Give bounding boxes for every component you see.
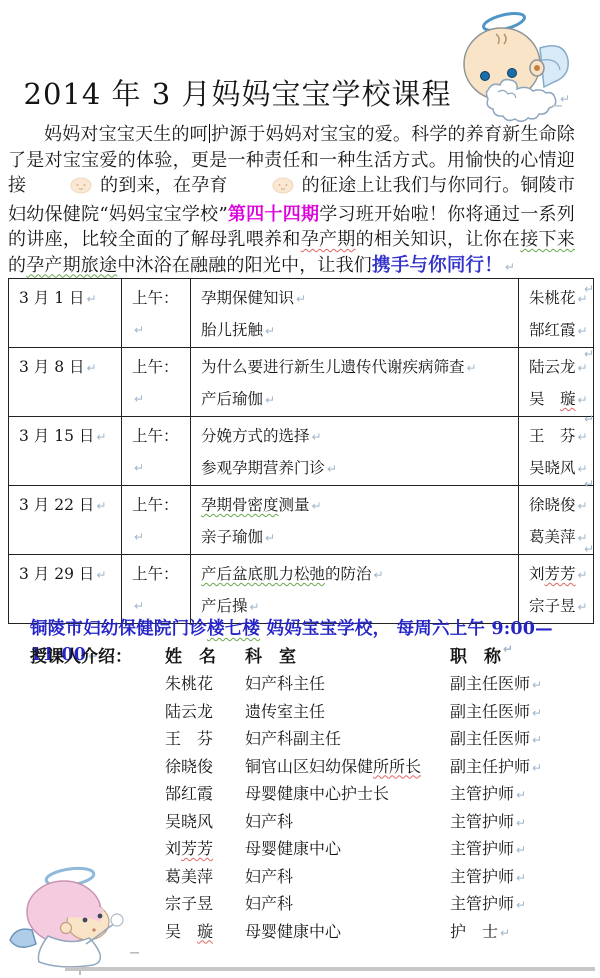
paragraph-mark: ↵ xyxy=(560,92,570,106)
instructor-title: 副主任医师↵ xyxy=(450,670,595,698)
paragraph-mark: ↵ xyxy=(327,462,337,476)
instructors-header: 授课人介绍： 姓 名 科 室 职 称 ↵ xyxy=(30,642,513,667)
instructor-title: 护 士↵ xyxy=(450,918,595,946)
paragraph-mark: ↵ xyxy=(532,761,542,775)
paragraph-mark: ↵ xyxy=(134,599,144,613)
time-cell: 上午：↵ xyxy=(122,486,191,555)
instructor-row: 朱桃花 妇产科主任 副主任医师↵ xyxy=(165,670,595,698)
paragraph-mark: ↵ xyxy=(265,531,275,545)
instructor-name: 陆云龙 xyxy=(165,698,245,726)
instructor-name: 刘芳芳 xyxy=(165,835,245,863)
date-cell: 3 月 22 日↵ xyxy=(9,486,122,555)
instructor-name: 郜红霞 xyxy=(165,780,245,808)
instructor-row: 宗子昱 妇产科 主管护师↵ xyxy=(165,890,595,918)
paragraph-mark: ↵ xyxy=(312,430,322,444)
time-text: 上午： xyxy=(132,565,179,583)
paragraph-mark: ↵ xyxy=(96,430,106,444)
paragraph-mark: ↵ xyxy=(467,361,477,375)
intro-text: 妈妈对宝宝天生的呵 xyxy=(44,124,208,145)
date-cell: 3 月 15 日↵ xyxy=(9,417,122,486)
column-header-department: 科 室 xyxy=(245,642,450,667)
paragraph-mark: ↵ xyxy=(265,324,275,338)
instructor-department: 母婴健康中心护士长 xyxy=(245,780,450,808)
pink-angel-icon xyxy=(0,860,150,978)
instructor-name: 吴晓风 xyxy=(165,808,245,836)
instructor-title: 副主任医师↵ xyxy=(450,698,595,726)
instructor-row: 刘芳芳 母婴健康中心 主管护师↵ xyxy=(165,835,595,863)
paragraph-mark: ↵ xyxy=(532,678,542,692)
page-title: 2014 年 3 月妈妈宝宝学校课程 xyxy=(10,72,465,113)
instructor-title: 副主任医师↵ xyxy=(450,725,595,753)
topic-cell: 产后盆底肌力松弛的防治↵ 产后操↵ xyxy=(191,555,519,624)
topic-line: 为什么要进行新生儿遗传代谢疾病筛查↵ xyxy=(201,352,516,384)
date-cell: 3 月 29 日↵ xyxy=(9,555,122,624)
table-row: 3 月 22 日↵ 上午：↵ 孕期骨密度测量↵ 亲子瑜伽↵ 徐晓俊↵ 葛美萍↵ xyxy=(9,486,594,555)
instructor-department: 妇产科主任 xyxy=(245,670,450,698)
course-schedule-table: 3 月 1 日↵ 上午：↵ 孕期保健知识↵ 胎儿抚触↵ 朱桃花↵ 郜红霞↵ 3 … xyxy=(8,278,594,624)
paragraph-mark: ↵ xyxy=(532,733,542,747)
topic-line: 参观孕期营养门诊↵ xyxy=(201,453,516,485)
time-text: 上午： xyxy=(132,289,179,307)
instructor-name: 王 芬 xyxy=(165,725,245,753)
topic-line: 亲子瑜伽↵ xyxy=(201,522,516,554)
instructor-title: 副主任护师↵ xyxy=(450,753,595,781)
instructor-department: 妇产科 xyxy=(245,808,450,836)
intro-text: 的相关知识，让你在 xyxy=(356,229,521,250)
instructors-label: 授课人介绍： xyxy=(30,642,165,667)
date-text: 3 月 8 日 xyxy=(19,358,85,376)
time-cell: 上午：↵ xyxy=(122,555,191,624)
paragraph-mark: ↵ xyxy=(87,361,97,375)
instructor-title: 主管护师↵ xyxy=(450,835,595,863)
instructor-department: 妇产科 xyxy=(245,863,450,891)
topic-cell: 孕期骨密度测量↵ 亲子瑜伽↵ xyxy=(191,486,519,555)
paragraph-mark: ↵ xyxy=(584,542,594,607)
date-cell: 3 月 1 日↵ xyxy=(9,279,122,348)
instructor-row: 吴晓风 妇产科 主管护师↵ xyxy=(165,808,595,836)
time-cell: 上午：↵ xyxy=(122,417,191,486)
instructor-title: 主管护师↵ xyxy=(450,808,595,836)
instructor-list: 朱桃花 妇产科主任 副主任医师↵ 陆云龙 遗传室主任 副主任医师↵ 王 芬 妇产… xyxy=(165,670,595,945)
date-cell: 3 月 8 日↵ xyxy=(9,348,122,417)
baby-face-icon xyxy=(236,176,294,202)
paragraph-mark: ↵ xyxy=(516,843,526,857)
intro-text: 中沐浴在融融的阳光中，让我们 xyxy=(117,255,372,276)
table-row: 3 月 8 日↵ 上午：↵ 为什么要进行新生儿遗传代谢疾病筛查↵ 产后瑜伽↵ 陆… xyxy=(9,348,594,417)
instructor-department: 妇产科副主任 xyxy=(245,725,450,753)
date-text: 3 月 1 日 xyxy=(19,289,85,307)
topic-line: 胎儿抚触↵ xyxy=(201,315,516,347)
page-edge-bar xyxy=(65,967,595,971)
paragraph-mark: ↵ xyxy=(134,392,144,406)
paragraph-mark: ↵ xyxy=(516,816,526,830)
instructor-department: 妇产科 xyxy=(245,890,450,918)
paragraph-mark: ↵ xyxy=(134,530,144,544)
row-end-marks: ↵ ↵ ↵ ↵ ↵ xyxy=(582,282,594,607)
time-text: 上午： xyxy=(132,358,179,376)
intro-text: 孕产期旅途 xyxy=(26,255,117,276)
instructor-department: 母婴健康中心 xyxy=(245,835,450,863)
paragraph-mark: ↵ xyxy=(265,393,275,407)
table-row: 3 月 29 日↵ 上午：↵ 产后盆底肌力松弛的防治↵ 产后操↵ 刘芳芳↵ 宗子… xyxy=(9,555,594,624)
paragraph-mark: ↵ xyxy=(96,499,106,513)
intro-text: 孕产期 xyxy=(301,229,356,250)
paragraph-mark: ↵ xyxy=(505,260,515,274)
intro-text: 的到来，在孕育 xyxy=(94,175,234,196)
column-header-name: 姓 名 xyxy=(165,642,245,667)
paragraph-mark: ↵ xyxy=(96,568,106,582)
intro-text: 接下来 xyxy=(520,229,575,250)
paragraph-mark: ↵ xyxy=(134,323,144,337)
paragraph-mark: ↵ xyxy=(516,898,526,912)
paragraph-mark: ↵ xyxy=(516,788,526,802)
emphasis-text: 携手与你同行！ xyxy=(372,255,503,276)
text-cursor xyxy=(209,124,210,143)
instructor-row: 吴 璇 母婴健康中心 护 士↵ xyxy=(165,918,595,946)
topic-line: 分娩方式的选择↵ xyxy=(201,421,516,453)
instructor-title: 主管护师↵ xyxy=(450,863,595,891)
instructor-name: 宗子昱 xyxy=(165,890,245,918)
paragraph-mark: ↵ xyxy=(312,499,322,513)
paragraph-mark: ↵ xyxy=(584,477,594,542)
instructor-title: 主管护师↵ xyxy=(450,780,595,808)
paragraph-mark: ↵ xyxy=(500,926,510,940)
instructor-name: 徐晓俊 xyxy=(165,753,245,781)
instructor-row: 葛美萍 妇产科 主管护师↵ xyxy=(165,863,595,891)
table-row: 3 月 15 日↵ 上午：↵ 分娩方式的选择↵ 参观孕期营养门诊↵ 王 芬↵ 吴… xyxy=(9,417,594,486)
instructor-row: 郜红霞 母婴健康中心护士长 主管护师↵ xyxy=(165,780,595,808)
paragraph-mark: ↵ xyxy=(503,642,513,667)
topic-line: 产后瑜伽↵ xyxy=(201,384,516,416)
topic-line: 孕期骨密度测量↵ xyxy=(201,490,516,522)
session-number-highlight: 第四十四期 xyxy=(228,204,319,225)
instructor-department: 遗传室主任 xyxy=(245,698,450,726)
topic-line: 产后盆底肌力松弛的防治↵ xyxy=(201,559,516,591)
angel-baby-pink-image xyxy=(0,860,150,978)
column-header-title: 职 称 xyxy=(450,642,501,667)
baby-face-icon xyxy=(34,176,92,202)
instructor-row: 徐晓俊 铜官山区妇幼保健所所长 副主任护师↵ xyxy=(165,753,595,781)
date-text: 3 月 29 日 xyxy=(19,565,94,583)
topic-cell: 为什么要进行新生儿遗传代谢疾病筛查↵ 产后瑜伽↵ xyxy=(191,348,519,417)
table-row: 3 月 1 日↵ 上午：↵ 孕期保健知识↵ 胎儿抚触↵ 朱桃花↵ 郜红霞↵ xyxy=(9,279,594,348)
time-cell: 上午：↵ xyxy=(122,348,191,417)
time-cell: 上午：↵ xyxy=(122,279,191,348)
topic-line: 孕期保健知识↵ xyxy=(201,283,516,315)
paragraph-mark: ↵ xyxy=(250,600,260,614)
date-text: 3 月 22 日 xyxy=(19,496,94,514)
paragraph-mark: ↵ xyxy=(584,412,594,477)
paragraph-mark: ↵ xyxy=(87,292,97,306)
topic-cell: 孕期保健知识↵ 胎儿抚触↵ xyxy=(191,279,519,348)
paragraph-mark: ↵ xyxy=(584,347,594,412)
instructor-title: 主管护师↵ xyxy=(450,890,595,918)
time-text: 上午： xyxy=(132,496,179,514)
instructor-row: 王 芬 妇产科副主任 副主任医师↵ xyxy=(165,725,595,753)
instructor-department: 铜官山区妇幼保健所所长 xyxy=(245,753,450,781)
paragraph-mark: ↵ xyxy=(296,292,306,306)
instructor-department: 母婴健康中心 xyxy=(245,918,450,946)
paragraph-mark: ↵ xyxy=(374,568,384,582)
paragraph-mark: ↵ xyxy=(134,461,144,475)
time-text: 上午： xyxy=(132,427,179,445)
topic-cell: 分娩方式的选择↵ 参观孕期营养门诊↵ xyxy=(191,417,519,486)
instructor-name: 朱桃花 xyxy=(165,670,245,698)
intro-text: 的 xyxy=(8,255,26,276)
instructor-name: 吴 璇 xyxy=(165,918,245,946)
intro-paragraph: 妈妈对宝宝天生的呵护源于妈妈对宝宝的爱。科学的养育新生命除了是对宝宝爱的体验，更… xyxy=(8,122,575,280)
instructor-row: 陆云龙 遗传室主任 副主任医师↵ xyxy=(165,698,595,726)
instructor-name: 葛美萍 xyxy=(165,863,245,891)
paragraph-mark: ↵ xyxy=(516,871,526,885)
date-text: 3 月 15 日 xyxy=(19,427,94,445)
paragraph-mark: ↵ xyxy=(532,706,542,720)
paragraph-mark: ↵ xyxy=(584,282,594,347)
